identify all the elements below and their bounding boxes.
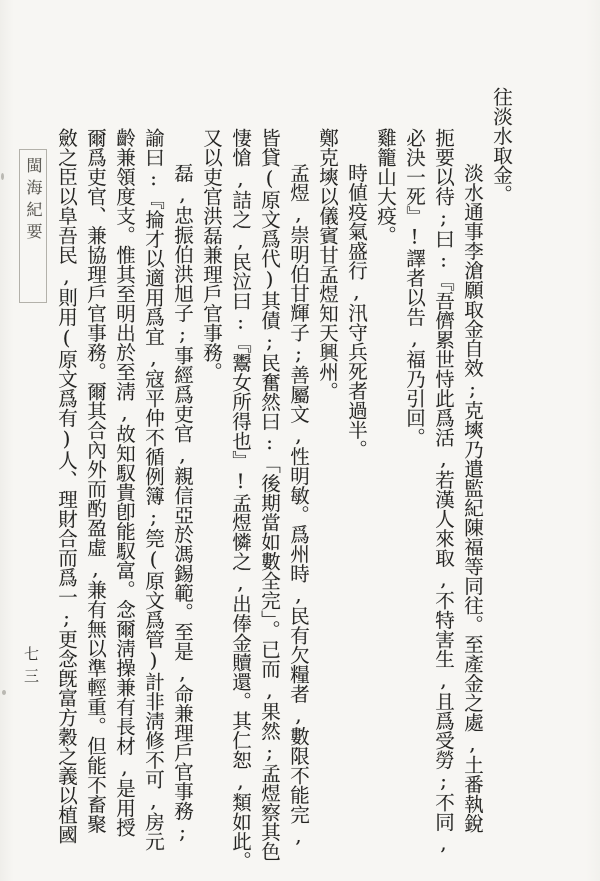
text-column: 淡水通事李滄願取金自效;克塽乃遣監紀陳福等同往。至產金之處,土番執銳 [458, 87, 487, 860]
text-column: 斂之臣以阜吾民,則用(原文爲有)人、理財合而爲一;更念旣富方穀之義以植國 [52, 87, 81, 860]
scanned-book-page: 往淡水取金。 淡水通事李滄願取金自效;克塽乃遣監紀陳福等同往。至產金之處,土番執… [0, 0, 600, 881]
text-column: 時値疫氣盛行,汛守兵死者過半。 [342, 87, 371, 860]
text-column: 悽愴,詰之,民泣曰:『鬻女所得也』!孟煜憐之,出俸金贖還。其仁恕,類如此。 [226, 87, 255, 860]
text-column: 往淡水取金。 [487, 87, 516, 860]
text-column: 雞籠山大疫。 [371, 87, 400, 860]
scan-speck [2, 690, 6, 695]
text-column: 又以吏官洪磊兼理戶官事務。 [197, 87, 226, 860]
text-column: 孟煜,崇明伯甘輝子;善屬文,性明敏。爲州時,民有欠糧者,數限不能完, [284, 87, 313, 860]
text-column: 鄭克塽以儀賓甘孟煜知天興州。 [313, 87, 342, 860]
text-column: 諭曰:『掄才以適用爲宜,寇平仲不循例簿;筦(原文爲管)計非淸修不可,房元 [139, 87, 168, 860]
page-number: 七三 [21, 646, 41, 690]
text-column: 磊,忠振伯洪旭子;事經爲吏官,親信亞於馮錫範。至是,命兼理戶官事務; [168, 87, 197, 860]
text-column: 必決一死』!譯者以告,福乃引回。 [400, 87, 429, 860]
text-column: 扼要以待;曰:『吾儕累世恃此爲活,若漢人來取,不特害生,且爲受勞;不同, [429, 87, 458, 860]
scan-speck [1, 173, 4, 180]
main-text-block: 往淡水取金。 淡水通事李滄願取金自效;克塽乃遣監紀陳福等同往。至產金之處,土番執… [52, 87, 516, 860]
text-column: 皆貸(原文爲代)其債;民奮然曰:「後期當如數全完」。已而,果然;孟煜察其色 [255, 87, 284, 860]
running-title: 閩海紀要 [24, 157, 43, 245]
text-column: 齡兼領度支。惟其至明出於至淸,故知馭貴卽能馭富。念爾淸操兼有長材,是用授 [110, 87, 139, 860]
running-title-box: 閩海紀要 [19, 149, 47, 303]
text-column: 爾爲吏官、兼協理戶官事務。爾其合內外而酌盈虛,兼有無以準輕重。但能不畜聚 [81, 87, 110, 860]
